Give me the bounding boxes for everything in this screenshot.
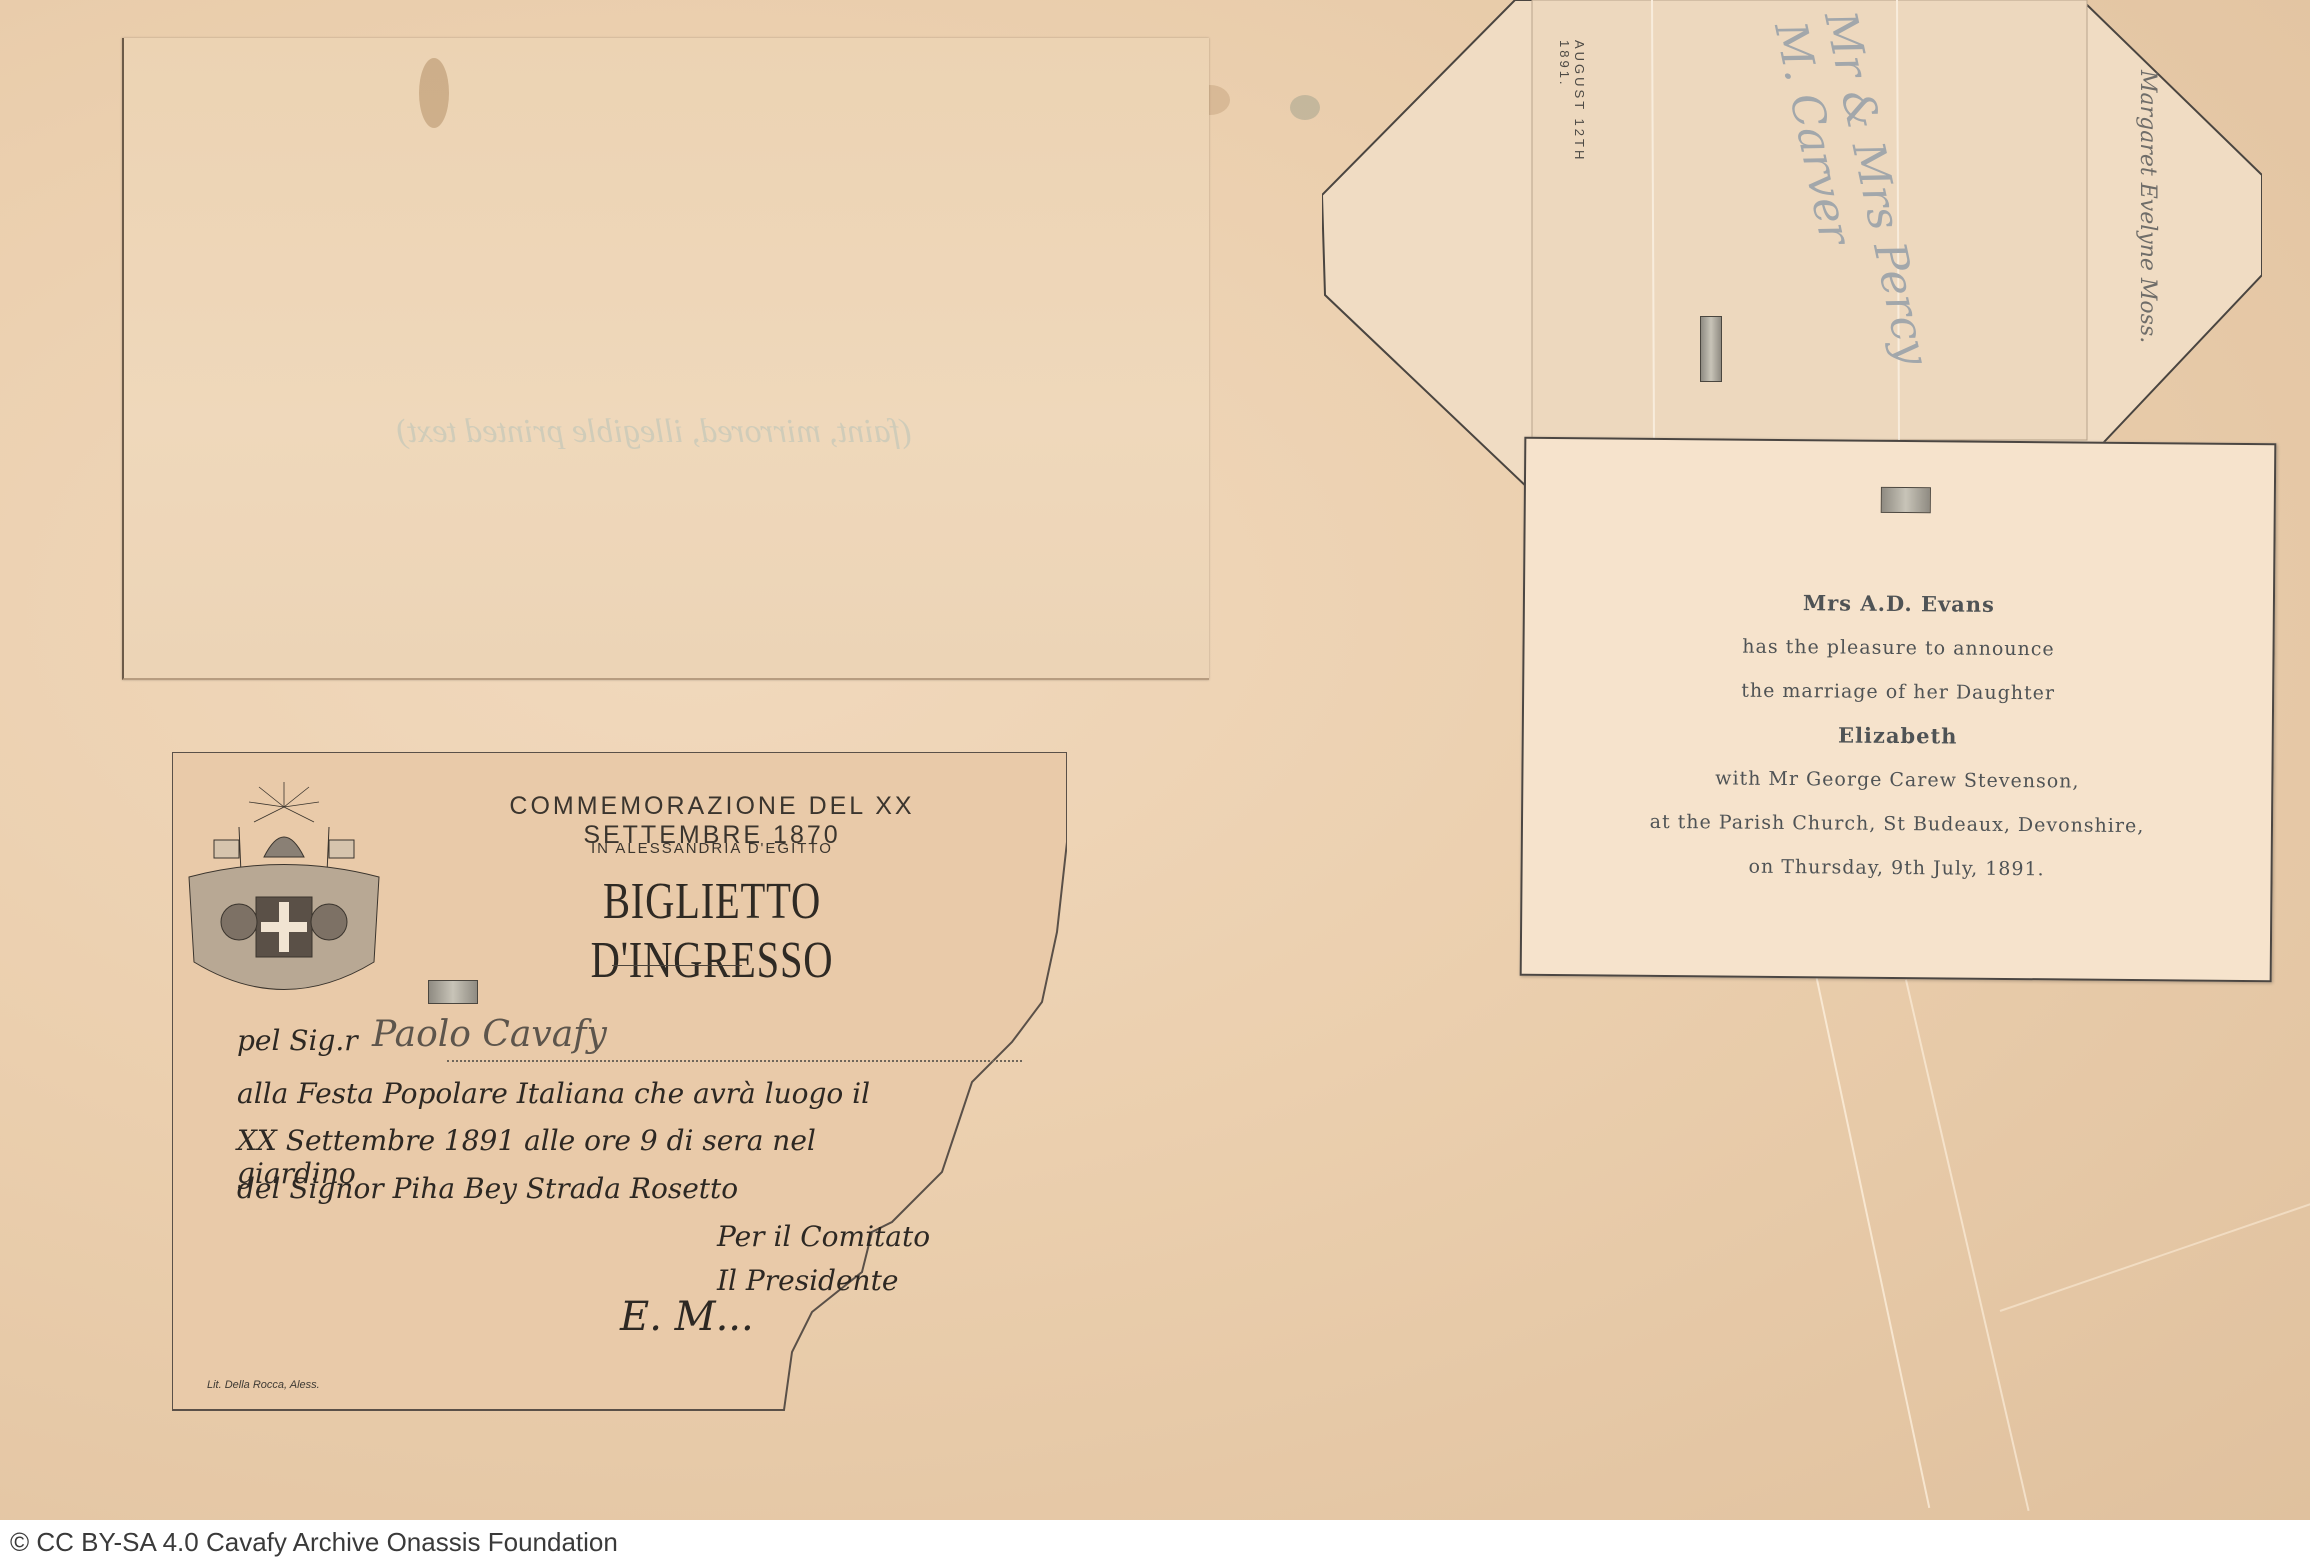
paper-crease (2000, 1203, 2310, 1312)
signature: E. M... (620, 1294, 754, 1340)
closing-line: Il Presidente (717, 1264, 977, 1297)
bleed-through-text: (faint, mirrored, illegible printed text… (304, 408, 1004, 456)
venue-line: at the Parish Church, St Budeaux, Devons… (1523, 799, 2271, 850)
announcement-line: has the pleasure to announce (1524, 623, 2272, 674)
dotted-line (447, 1060, 1022, 1062)
card-reverse-side: (faint, mirrored, illegible printed text… (122, 38, 1209, 680)
announcement-line: the marriage of her Daughter (1524, 667, 2272, 718)
album-page: (faint, mirrored, illegible printed text… (0, 0, 2310, 1520)
envelope-date: AUGUST 12TH 1891. (1567, 40, 1587, 200)
wedding-announcement-card: Mrs A.D. Evans has the pleasure to annou… (1520, 437, 2277, 983)
printer-mark: Lit. Della Rocca, Aless. (207, 1379, 320, 1391)
announcer-name: Mrs A.D. Evans (1525, 579, 2273, 630)
groom-line: with Mr George Carew Stevenson, (1523, 755, 2271, 806)
date-line: on Thursday, 9th July, 1891. (1522, 843, 2270, 894)
mounting-clip (1700, 316, 1722, 382)
mounting-clip (428, 980, 478, 1004)
paper-crease (1815, 975, 1930, 1509)
envelope-sender: Margaret Evelyne Moss. (2120, 70, 2160, 370)
closing-line: Per il Comitato (717, 1220, 977, 1253)
body-line: alla Festa Popolare Italiana che avrà lu… (237, 1077, 937, 1110)
recipient-name: Paolo Cavafy (372, 1014, 607, 1055)
ticket-title: BIGLIETTO D'INGRESSO (509, 872, 915, 990)
copyright-credit: © CC BY-SA 4.0 Cavafy Archive Onassis Fo… (10, 1527, 618, 1558)
coat-of-arms-icon (184, 782, 384, 1012)
stain (1290, 95, 1320, 120)
paper-crease (1905, 980, 2030, 1511)
body-line: del Signor Piha Bey Strada Rosetto (237, 1172, 937, 1205)
bride-name: Elizabeth (1524, 711, 2272, 762)
admission-ticket-card: COMMEMORAZIONE DEL XX SETTEMBRE 1870 IN … (172, 752, 1067, 1412)
divider (612, 965, 742, 966)
stain (419, 58, 449, 128)
mounting-clip (1881, 487, 1931, 513)
event-location: IN ALESSANDRIA D'EGITTO (452, 840, 972, 857)
